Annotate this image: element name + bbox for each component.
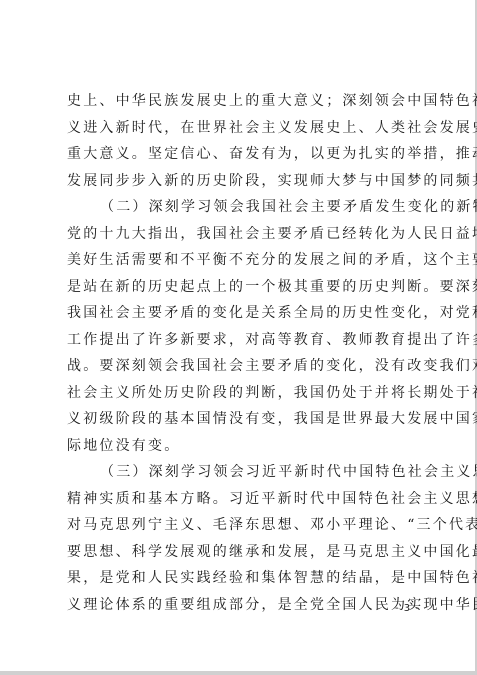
- text-line: 际地位没有变。: [67, 433, 415, 460]
- text-line: 工作提出了许多新要求，对高等教育、教师教育提出了许多新挑: [67, 327, 415, 354]
- document-page: 史上、中华民族发展史上的重大意义；深刻领会中国特色社会主 义进入新时代，在世界社…: [0, 0, 475, 671]
- text-line: 对马克思列宁主义、毛泽东思想、邓小平理论、“三个代表”重: [67, 512, 415, 539]
- text-line: 要思想、科学发展观的继承和发展，是马克思主义中国化最新成: [67, 539, 415, 566]
- text-line: 史上、中华民族发展史上的重大意义；深刻领会中国特色社会主: [67, 88, 415, 115]
- text-line: 战。要深刻领会我国社会主要矛盾的变化，没有改变我们对我国: [67, 353, 415, 380]
- text-line: 义初级阶段的基本国情没有变，我国是世界最大发展中国家的国: [67, 406, 415, 433]
- text-line: 是站在新的历史起点上的一个极其重要的历史判断。要深刻领会: [67, 274, 415, 301]
- text-line: 美好生活需要和不平衡不充分的发展之间的矛盾，这个主要矛盾: [67, 247, 415, 274]
- section-heading-2: （二）深刻学习领会我国社会主要矛盾发生变化的新特点。: [67, 194, 415, 221]
- text-line: 义理论体系的重要组成部分，是全党全国人民为实现中华民族伟: [67, 592, 415, 619]
- text-line: 义进入新时代，在世界社会主义发展史上、人类社会发展史上的: [67, 115, 415, 142]
- text-line: 精神实质和基本方略。习近平新时代中国特色社会主义思想，是: [67, 486, 415, 513]
- section-heading-3: （三）深刻学习领会习近平新时代中国特色社会主义思想的: [67, 459, 415, 486]
- text-line: 重大意义。坚定信心、奋发有为，以更为扎实的举措，推动学校: [67, 141, 415, 168]
- text-line: 我国社会主要矛盾的变化是关系全局的历史性变化，对党和国家: [67, 300, 415, 327]
- text-line: 党的十九大指出，我国社会主要矛盾已经转化为人民日益增长的: [67, 221, 415, 248]
- text-line: 果，是党和人民实践经验和集体智慧的结晶，是中国特色社会主: [67, 565, 415, 592]
- body-text: 史上、中华民族发展史上的重大意义；深刻领会中国特色社会主 义进入新时代，在世界社…: [67, 88, 415, 618]
- text-line: 社会主义所处历史阶段的判断，我国仍处于并将长期处于社会主: [67, 380, 415, 407]
- page-number: - 3 -: [395, 603, 420, 614]
- text-line: 发展同步步入新的历史阶段，实现师大梦与中国梦的同频共振。: [67, 168, 415, 195]
